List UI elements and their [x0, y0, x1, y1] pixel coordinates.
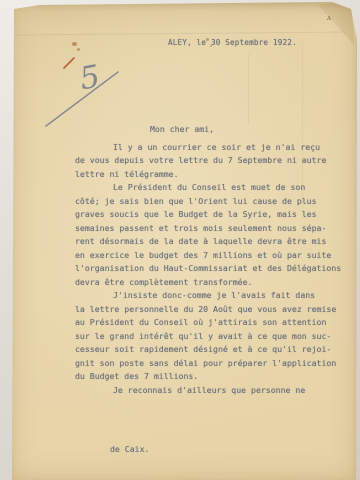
letter-page: ʌ ALEY, le 30 Septembre 1922. 5 Mon cher…	[10, 2, 357, 480]
diagonal-slash-stroke	[46, 72, 118, 126]
letter-paragraph: J'insiste donc-comme je l'avais fait dan…	[75, 289, 351, 384]
vertical-crease	[248, 54, 249, 124]
date-line: ALEY, le 30 Septembre 1922.	[168, 38, 297, 47]
scanned-letter-screenshot: ʌ ALEY, le 30 Septembre 1922. 5 Mon cher…	[0, 0, 360, 480]
letter-paragraph: Je reconnais d'ailleurs que personne ne	[75, 384, 351, 398]
paper-stain	[77, 48, 80, 51]
letter-paragraph: Le Président du Conseil est muet de son …	[75, 181, 351, 289]
signature-line: de Caix.	[110, 444, 149, 454]
corner-pencil-mark: ʌ	[327, 14, 331, 22]
dog-ear-fold-top-right	[318, 2, 354, 45]
horizontal-crease	[16, 32, 346, 36]
letter-paragraph: Il y a un courrier ce soir et je n'ai re…	[75, 141, 351, 182]
handwritten-archival-number: 5	[77, 59, 103, 98]
paper-stain	[72, 42, 77, 46]
handwritten-slash-annotation	[38, 56, 128, 132]
salutation: Mon cher ami,	[75, 123, 351, 137]
red-pencil-tick	[64, 58, 74, 68]
letter-body-text: Mon cher ami, Il y a un courrier ce soir…	[75, 123, 351, 397]
